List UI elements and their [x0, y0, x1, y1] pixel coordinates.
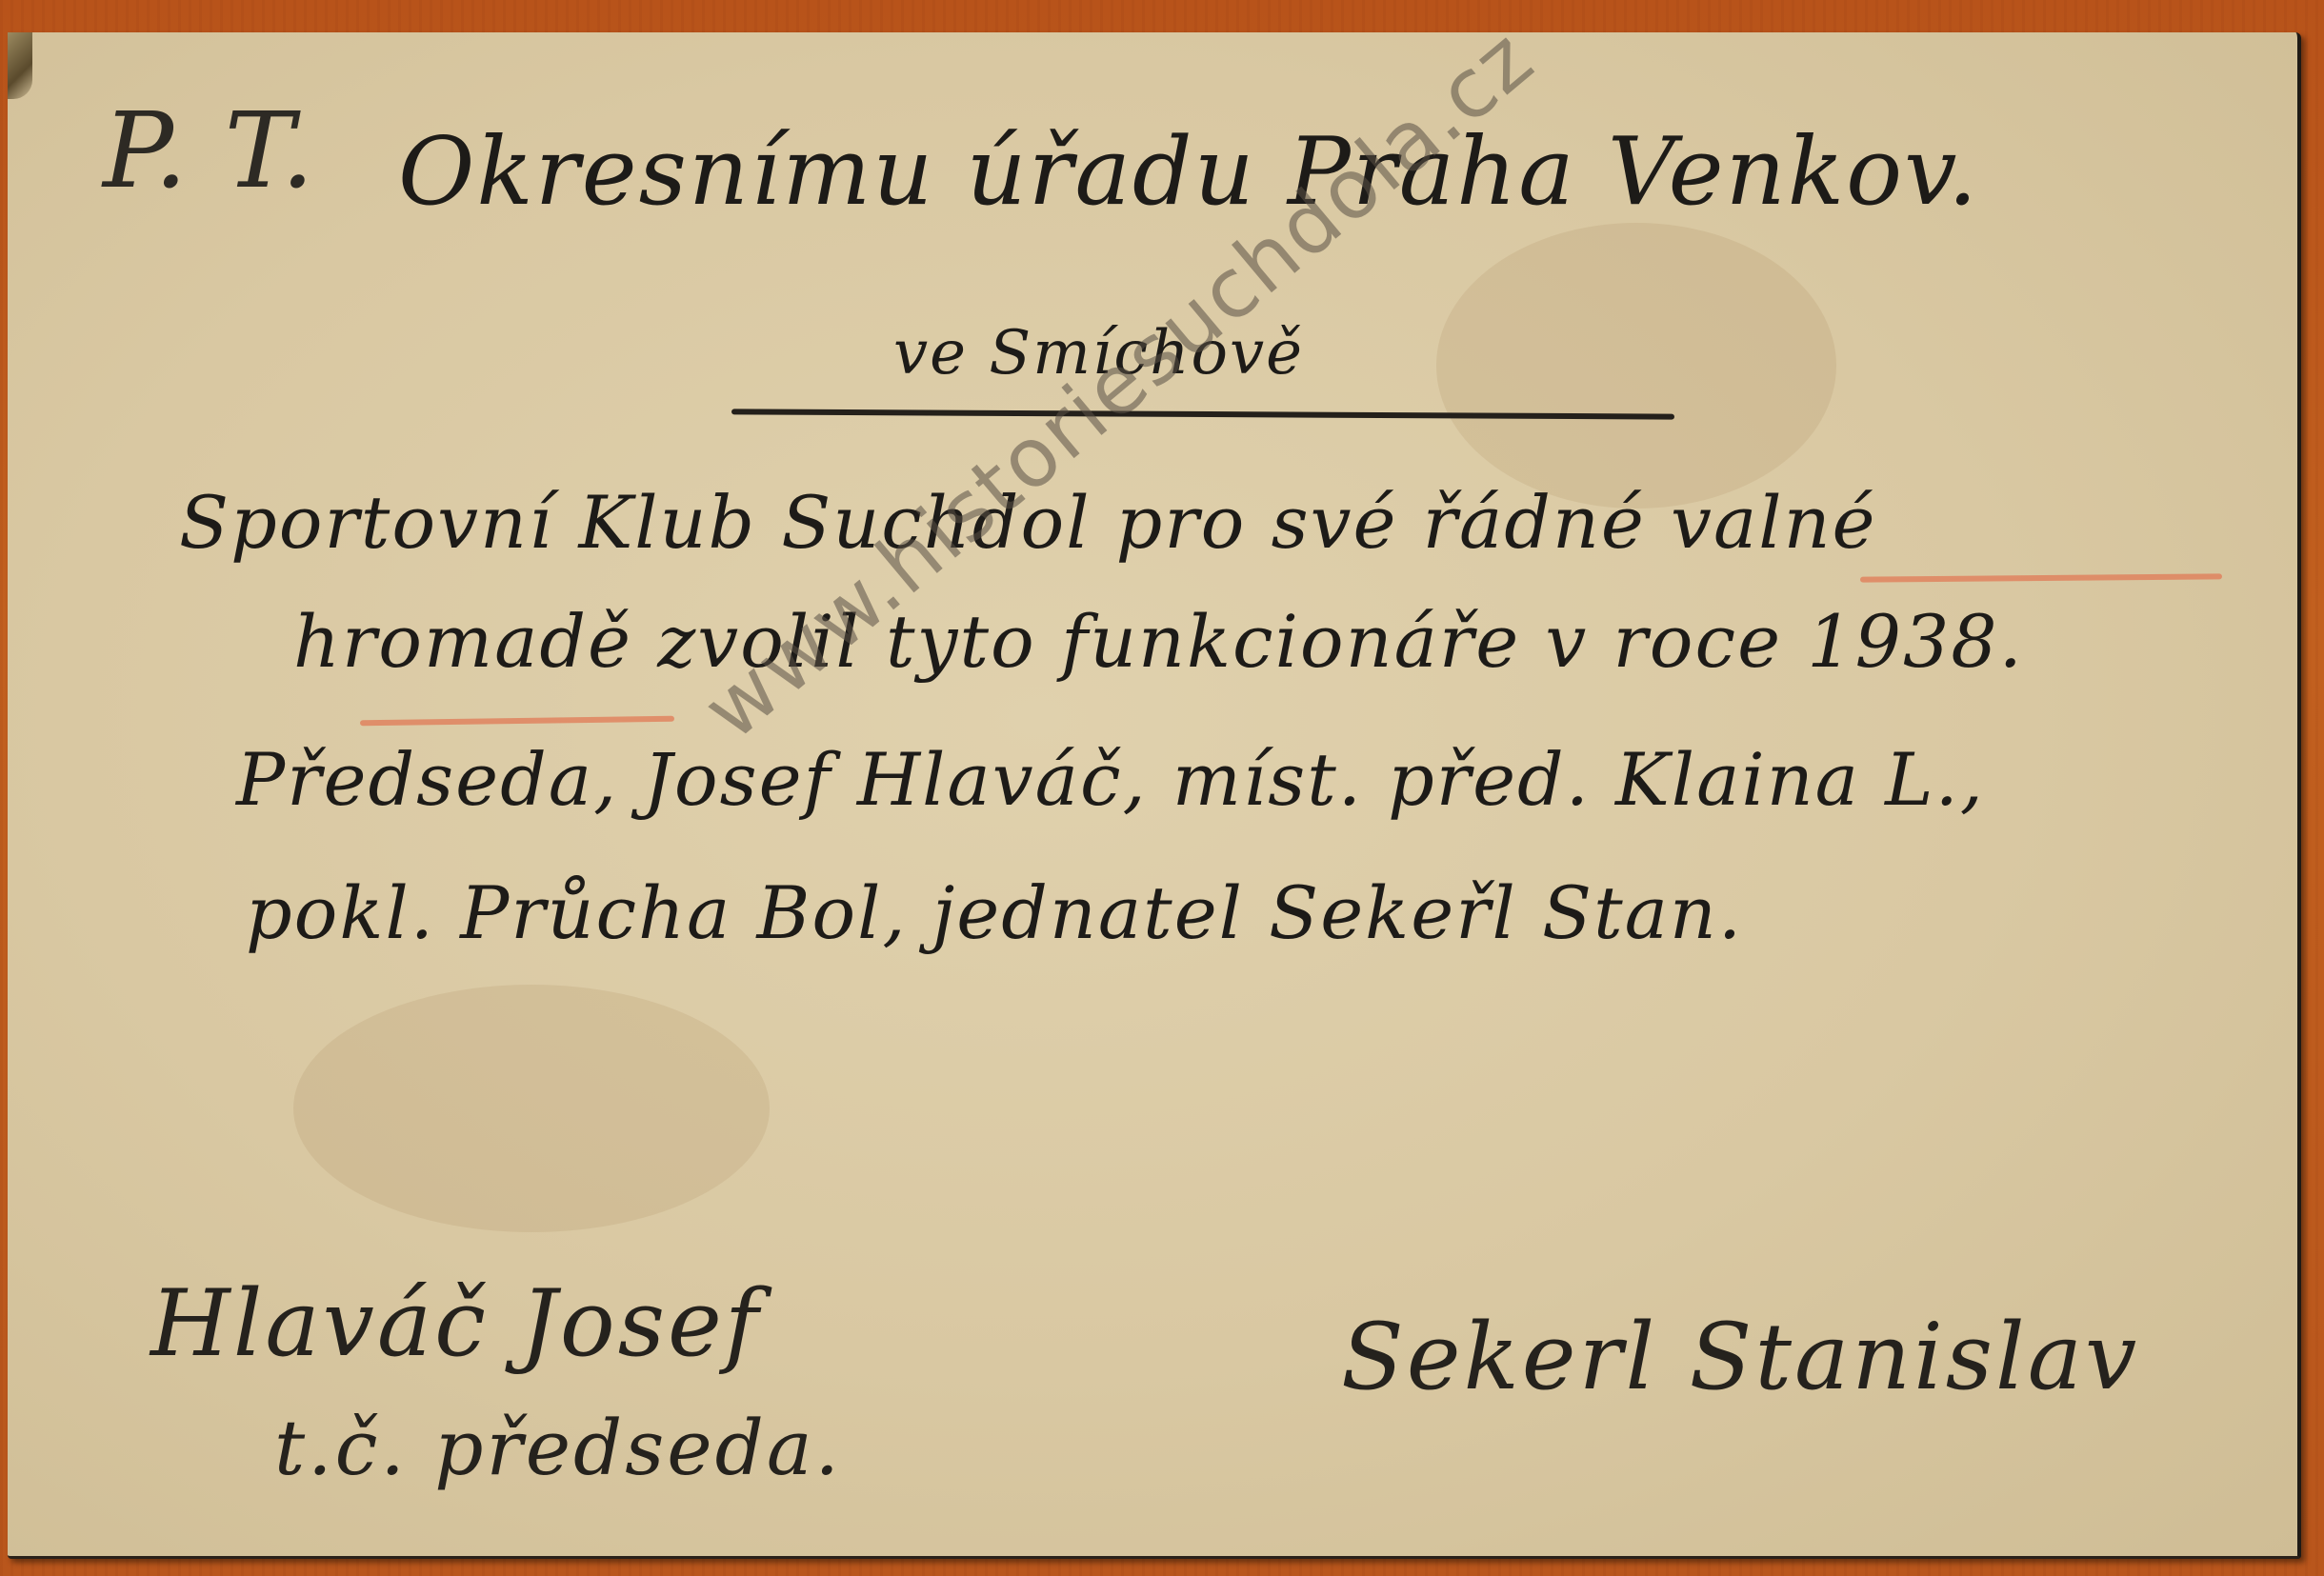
signature-secretary-name: Sekerl Stanislav: [1341, 1304, 2139, 1410]
postcard: P. T. Okresnímu úřadu Praha Venkov. ve S…: [8, 32, 2301, 1559]
signature-chairman-title: t.č. předseda.: [274, 1404, 842, 1492]
addressee-line: Okresnímu úřadu Praha Venkov.: [398, 118, 1979, 227]
signature-chairman-name: Hlaváč Josef: [150, 1270, 761, 1377]
bent-corner: [8, 32, 32, 99]
paper-stain: [1436, 223, 1836, 509]
red-pencil-mark: [1860, 573, 2222, 582]
body-line-3: Předseda, Josef Hlaváč, míst. před. Klai…: [236, 737, 1985, 822]
salutation: P. T.: [103, 90, 316, 211]
red-pencil-mark: [360, 716, 674, 727]
body-line-2: hromadě zvolil tyto funkcionáře v roce 1…: [293, 599, 2024, 684]
body-line-4: pokl. Průcha Bol, jednatel Sekeřl Stan.: [246, 870, 1743, 955]
paper-stain: [293, 985, 770, 1232]
